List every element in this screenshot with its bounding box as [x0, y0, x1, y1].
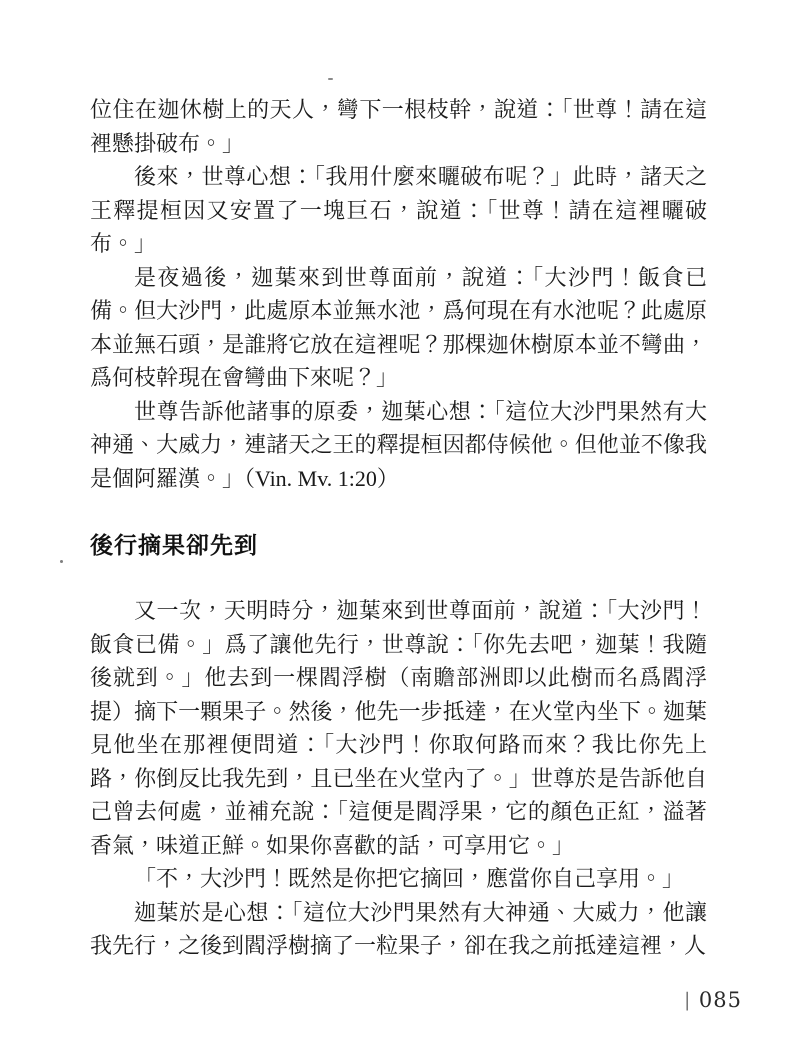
page-number: 085	[699, 988, 742, 1012]
paragraph-with-citation: 世尊告訴他諸事的原委，迦葉心想：「這位大沙門果然有大神通、大威力，連諸天之王的釋…	[90, 395, 707, 496]
paragraph: 「不，大沙門！既然是你把它摘回，應當你自己享用。」	[90, 862, 707, 896]
footer-divider: |	[684, 989, 689, 1011]
paragraph: 是夜過後，迦葉來到世尊面前，說道：「大沙門！飯食已備。但大沙門，此處原本並無水池…	[90, 261, 707, 395]
book-page: 位住在迦休樹上的天人，彎下一根枝幹，說道：「世尊！請在這裡懸掛破布。」 後來，世…	[0, 0, 792, 1056]
paragraph: 後來，世尊心想：「我用什麼來曬破布呢？」此時，諸天之王釋提桓因又安置了一塊巨石，…	[90, 160, 707, 261]
text-block: 位住在迦休樹上的天人，彎下一根枝幹，說道：「世尊！請在這裡懸掛破布。」 後來，世…	[90, 93, 707, 963]
scan-artifact-speck	[60, 560, 63, 563]
paragraph: 又一次，天明時分，迦葉來到世尊面前，說道：「大沙門！飯食已備。」爲了讓他先行，世…	[90, 594, 707, 862]
paragraph-continuation: 位住在迦休樹上的天人，彎下一根枝幹，說道：「世尊！請在這裡懸掛破布。」	[90, 93, 707, 160]
scan-artifact-speck	[328, 78, 333, 80]
page-footer: | 085	[684, 988, 743, 1012]
paragraph-continues-next-page: 迦葉於是心想：「這位大沙門果然有大神通、大威力，他讓我先行，之後到閻浮樹摘了一粒…	[90, 896, 707, 963]
section-heading: 後行摘果卻先到	[90, 528, 707, 562]
